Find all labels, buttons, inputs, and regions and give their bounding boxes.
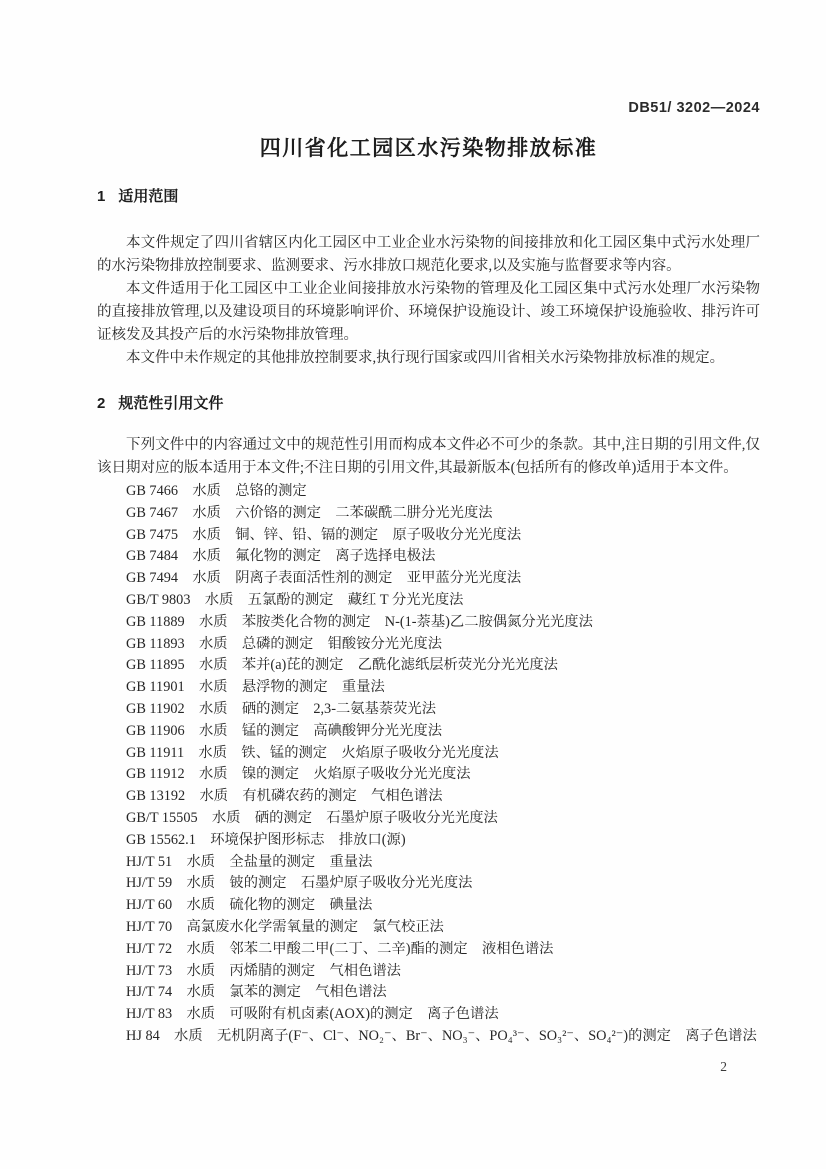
reference-item: GB 7466 水质 总铬的测定 — [126, 481, 760, 503]
reference-item: HJ/T 72 水质 邻苯二甲酸二甲(二丁、二辛)酯的测定 液相色谱法 — [126, 939, 760, 961]
document-title: 四川省化工园区水污染物排放标准 — [97, 134, 760, 163]
clause-2-intro-paragraph: 下列文件中的内容通过文中的规范性引用而构成本文件必不可少的条款。其中,注日期的引… — [97, 434, 760, 480]
reference-item: GB 11906 水质 锰的测定 高碘酸钾分光光度法 — [126, 721, 760, 743]
reference-item: GB 11901 水质 悬浮物的测定 重量法 — [126, 677, 760, 699]
paragraph: 本文件中未作规定的其他排放控制要求,执行现行国家或四川省相关水污染物排放标准的规… — [97, 347, 760, 370]
reference-item: GB 7494 水质 阴离子表面活性剂的测定 亚甲蓝分光光度法 — [126, 568, 760, 590]
clause-1-body: 本文件规定了四川省辖区内化工园区中工业企业水污染物的间接排放和化工园区集中式污水… — [97, 232, 760, 370]
reference-item: GB 11889 水质 苯胺类化合物的测定 N-(1-萘基)乙二胺偶氮分光光度法 — [126, 612, 760, 634]
document-page: DB51/ 3202—2024 四川省化工园区水污染物排放标准 1适用范围 本文… — [0, 0, 826, 1169]
reference-item: GB 7475 水质 铜、锌、铅、镉的测定 原子吸收分光光度法 — [126, 525, 760, 547]
reference-item: HJ/T 83 水质 可吸附有机卤素(AOX)的测定 离子色谱法 — [126, 1004, 760, 1026]
reference-item: GB 11912 水质 镍的测定 火焰原子吸收分光光度法 — [126, 764, 760, 786]
reference-item: HJ/T 59 水质 铍的测定 石墨炉原子吸收分光光度法 — [126, 873, 760, 895]
reference-item: HJ/T 74 水质 氯苯的测定 气相色谱法 — [126, 982, 760, 1004]
reference-item: GB 11902 水质 硒的测定 2,3-二氨基萘荧光法 — [126, 699, 760, 721]
reference-item: HJ/T 73 水质 丙烯腈的测定 气相色谱法 — [126, 961, 760, 983]
reference-item: GB 7467 水质 六价铬的测定 二苯碳酰二肼分光光度法 — [126, 503, 760, 525]
reference-item: HJ/T 70 高氯废水化学需氧量的测定 氯气校正法 — [126, 917, 760, 939]
reference-item: HJ/T 60 水质 硫化物的测定 碘量法 — [126, 895, 760, 917]
reference-item: GB 11893 水质 总磷的测定 钼酸铵分光光度法 — [126, 634, 760, 656]
references-list: GB 7466 水质 总铬的测定 GB 7467 水质 六价铬的测定 二苯碳酰二… — [126, 481, 760, 1048]
page-number: 2 — [720, 1059, 727, 1075]
reference-item: GB 11895 水质 苯并(a)芘的测定 乙酰化滤纸层析荧光分光光度法 — [126, 655, 760, 677]
reference-item: GB/T 15505 水质 硒的测定 石墨炉原子吸收分光光度法 — [126, 808, 760, 830]
clause-1-heading: 1适用范围 — [97, 187, 760, 207]
clause-2-number: 2 — [97, 394, 105, 414]
reference-item: HJ 84 水质 无机阴离子(F⁻、Cl⁻、NO₂⁻、Br⁻、NO₃⁻、PO₄³… — [126, 1026, 760, 1048]
clause-2-title: 规范性引用文件 — [118, 395, 223, 412]
clause-1-title: 适用范围 — [118, 188, 178, 205]
clause-1-number: 1 — [97, 187, 105, 207]
paragraph: 本文件规定了四川省辖区内化工园区中工业企业水污染物的间接排放和化工园区集中式污水… — [97, 232, 760, 278]
reference-item: GB 11911 水质 铁、锰的测定 火焰原子吸收分光光度法 — [126, 743, 760, 765]
reference-item: HJ/T 51 水质 全盐量的测定 重量法 — [126, 852, 760, 874]
reference-item: GB 13192 水质 有机磷农药的测定 气相色谱法 — [126, 786, 760, 808]
reference-item: GB/T 9803 水质 五氯酚的测定 藏红 T 分光光度法 — [126, 590, 760, 612]
reference-item: GB 7484 水质 氟化物的测定 离子选择电极法 — [126, 546, 760, 568]
document-code: DB51/ 3202—2024 — [97, 100, 760, 117]
reference-item: GB 15562.1 环境保护图形标志 排放口(源) — [126, 830, 760, 852]
paragraph: 本文件适用于化工园区中工业企业间接排放水污染物的管理及化工园区集中式污水处理厂水… — [97, 278, 760, 347]
clause-2-heading: 2规范性引用文件 — [97, 394, 760, 414]
